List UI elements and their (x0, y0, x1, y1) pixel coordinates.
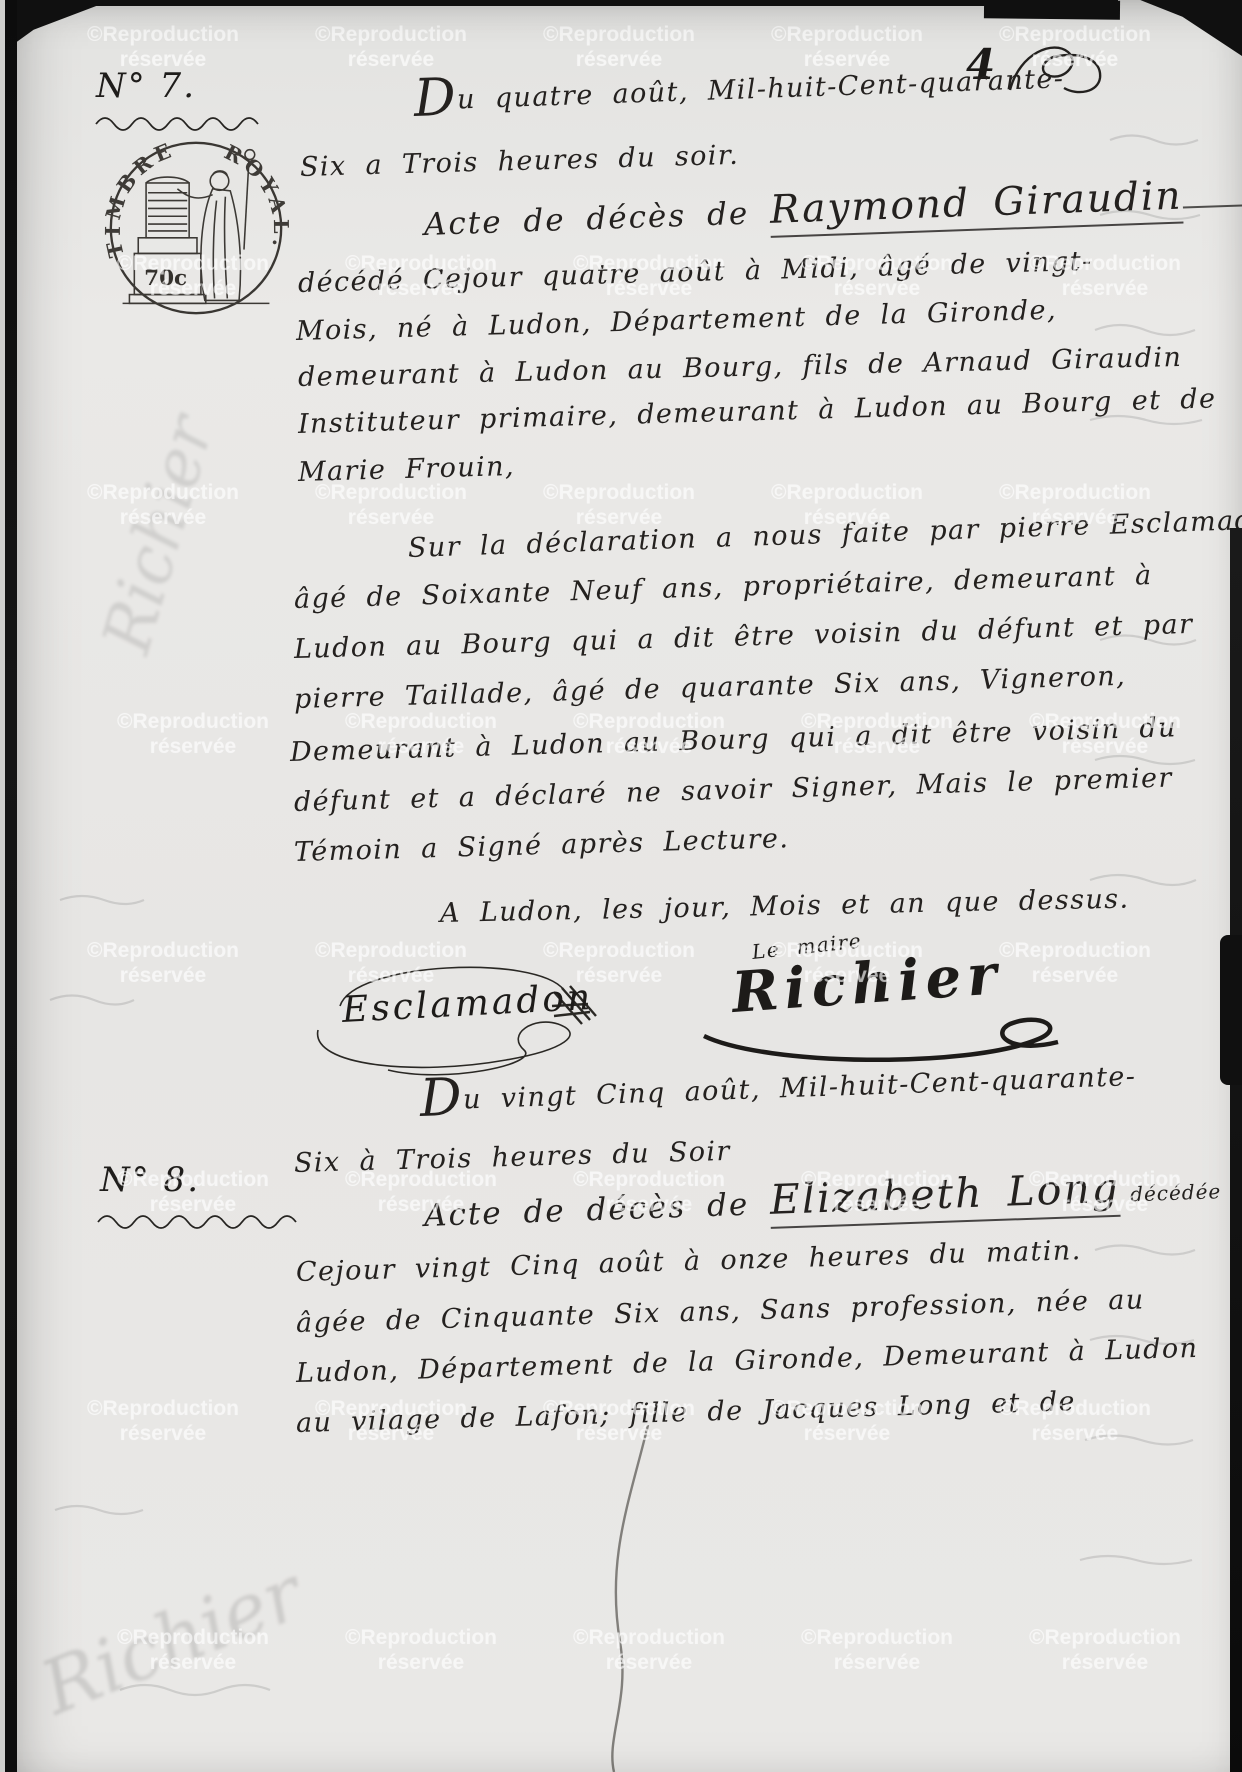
act1-margin-number: N° 7. (96, 66, 196, 106)
scanned-death-register-page: Richier Richier N° 7. TIMBRE ROYAL. (0, 0, 1242, 1772)
scan-edge-top (0, 0, 1118, 6)
act2-margin-squiggle (94, 1206, 309, 1232)
scan-edge-left (5, 0, 17, 1772)
act2-margin-number: N° 8. (100, 1160, 200, 1200)
scan-blob-right (1220, 935, 1242, 1085)
act1-initial-d: D (413, 68, 458, 129)
underline-trail (1182, 180, 1242, 209)
stamp-denomination: 70c (144, 266, 187, 291)
act1-margin-squiggle (92, 108, 277, 134)
royal-stamp: TIMBRE ROYAL. 70c (103, 132, 289, 324)
act2-initial-d: D (419, 1068, 464, 1129)
act1-body-line-5: Marie Frouin, (298, 451, 516, 488)
act2-name-suffix: décédée (1130, 1179, 1222, 1206)
stamp-arc-left-text: TIMBRE (103, 137, 179, 260)
scan-mark-top-right-band (984, 0, 1120, 20)
scan-edge-right (1230, 528, 1242, 1772)
